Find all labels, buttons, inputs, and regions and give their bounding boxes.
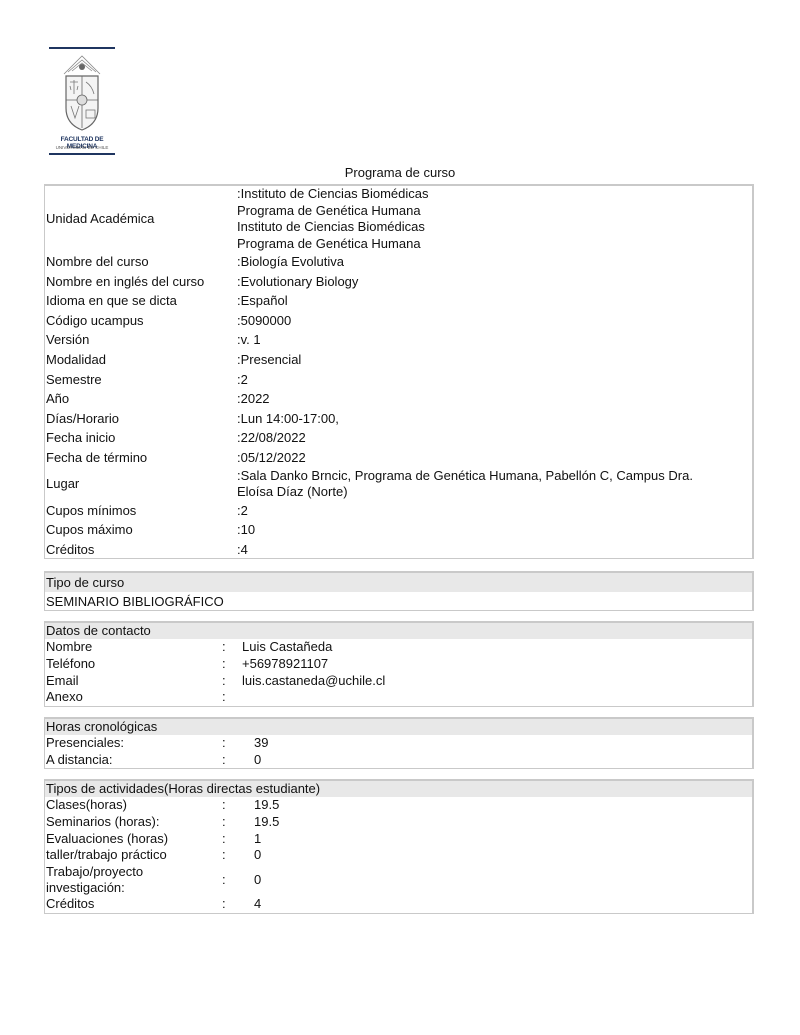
row-version: Versión:v. 1 [45,330,752,350]
field-label: Presenciales: [45,735,222,752]
field-value: 19.5 [254,797,752,814]
field-value: :Sala Danko Brncic, Programa de Genética… [237,468,752,501]
lugar-line: Eloísa Díaz (Norte) [237,484,752,501]
lugar-line: :Sala Danko Brncic, Programa de Genética… [237,468,752,485]
contact-row-nombre: Nombre:Luis Castañeda [45,639,752,656]
field-label: Nombre [45,639,222,656]
activity-row: Trabajo/proyecto investigación::0 [45,864,752,896]
row-semestre: Semestre:2 [45,370,752,390]
field-label: Modalidad [45,350,237,370]
field-value: Luis Castañeda [242,639,752,656]
email-value: luis.castaneda@uchile.cl [242,673,752,690]
field-label: Días/Horario [45,409,237,429]
logo-top-rule [49,47,115,49]
field-value: +56978921107 [242,656,752,673]
field-value: :Biología Evolutiva [237,252,752,272]
field-value: :10 [237,520,752,540]
row-unidad-academica: Unidad Académica :Instituto de Ciencias … [45,186,752,252]
separator: : [222,689,242,706]
field-label: Nombre en inglés del curso [45,272,237,292]
course-type-section: Tipo de curso SEMINARIO BIBLIOGRÁFICO [44,571,754,611]
separator: : [222,872,254,888]
field-label: Semestre [45,370,237,390]
field-value: 0 [254,847,752,864]
separator: : [222,831,254,848]
section-heading: Horas cronológicas [45,719,752,735]
field-value: :2 [237,370,752,390]
field-value: :5090000 [237,311,752,331]
separator: : [222,639,242,656]
row-anio: Año:2022 [45,389,752,409]
row-horario: Días/Horario:Lun 14:00-17:00, [45,409,752,429]
field-value: :Español [237,291,752,311]
row-modalidad: Modalidad:Presencial [45,350,752,370]
field-value: :v. 1 [237,330,752,350]
field-value [242,689,752,706]
row-lugar: Lugar :Sala Danko Brncic, Programa de Ge… [45,468,752,501]
section-heading: Tipos de actividades(Horas directas estu… [45,781,752,797]
row-nombre-curso: Nombre del curso:Biología Evolutiva [45,252,752,272]
field-label: Año [45,389,237,409]
field-label: Seminarios (horas): [45,814,222,831]
field-label: Cupos máximo [45,520,237,540]
page-title: Programa de curso [0,165,800,180]
field-label: Lugar [45,474,237,494]
row-fecha-inicio: Fecha inicio:22/08/2022 [45,428,752,448]
course-type-value: SEMINARIO BIBLIOGRÁFICO [45,592,752,611]
field-label: Email [45,673,222,690]
row-nombre-ingles: Nombre en inglés del curso:Evolutionary … [45,272,752,292]
field-label: Cupos mínimos [45,501,237,521]
activity-row: Evaluaciones (horas):1 [45,831,752,848]
field-label: Fecha de término [45,448,237,468]
field-label: Clases(horas) [45,797,222,814]
field-value: :Lun 14:00-17:00, [237,409,752,429]
field-value: 0 [254,872,752,888]
activity-row: Clases(horas):19.5 [45,797,752,814]
field-value: :2 [237,501,752,521]
unidad-line: Instituto de Ciencias Biomédicas [237,219,752,236]
field-value: :22/08/2022 [237,428,752,448]
field-label: Versión [45,330,237,350]
faculty-logo: FACULTAD DE MEDICINA UNIVERSIDAD DE CHIL… [46,46,118,156]
field-label: Fecha inicio [45,428,237,448]
separator: : [222,656,242,673]
contact-row-telefono: Teléfono:+56978921107 [45,656,752,673]
contact-section: Datos de contacto Nombre:Luis Castañeda … [44,621,754,707]
field-label: Idioma en que se dicta [45,291,237,311]
separator: : [222,847,254,864]
field-label: Créditos [45,540,237,560]
separator: : [222,735,254,752]
field-label: Código ucampus [45,311,237,331]
field-value: 1 [254,831,752,848]
logo-university-text: UNIVERSIDAD DE CHILE [46,145,118,150]
field-label: Evaluaciones (horas) [45,831,222,848]
hours-row-presenciales: Presenciales::39 [45,735,752,752]
contact-row-email: Email:luis.castaneda@uchile.cl [45,673,752,690]
hours-section: Horas cronológicas Presenciales::39 A di… [44,717,754,769]
unidad-line: :Instituto de Ciencias Biomédicas [237,186,752,203]
separator: : [222,797,254,814]
field-value: 4 [254,896,752,913]
field-label: Anexo [45,689,222,706]
row-creditos: Créditos:4 [45,540,752,560]
field-label: taller/trabajo práctico [45,847,222,864]
university-crest-icon [54,52,110,136]
logo-bottom-rule [49,153,115,155]
field-label: A distancia: [45,752,222,769]
unidad-line: Programa de Genética Humana [237,236,752,253]
field-value: :2022 [237,389,752,409]
separator: : [222,896,254,913]
row-fecha-termino: Fecha de término:05/12/2022 [45,448,752,468]
separator: : [222,673,242,690]
contact-row-anexo: Anexo: [45,689,752,706]
activity-row: Seminarios (horas)::19.5 [45,814,752,831]
field-label: Unidad Académica [45,209,237,229]
separator: : [222,752,254,769]
field-value: 19.5 [254,814,752,831]
activity-row: Créditos:4 [45,896,752,913]
separator: : [222,814,254,831]
field-value: :Presencial [237,350,752,370]
course-info-table: Unidad Académica :Instituto de Ciencias … [44,184,754,559]
hours-row-distancia: A distancia::0 [45,752,752,769]
field-value: :Evolutionary Biology [237,272,752,292]
field-value: :4 [237,540,752,560]
section-heading: Datos de contacto [45,623,752,639]
field-value: :05/12/2022 [237,448,752,468]
field-label: Nombre del curso [45,252,237,272]
field-label: Trabajo/proyecto investigación: [45,864,196,896]
field-value: 0 [254,752,752,769]
field-value: 39 [254,735,752,752]
field-label: Créditos [45,896,222,913]
unidad-line: Programa de Genética Humana [237,203,752,220]
activity-row: taller/trabajo práctico:0 [45,847,752,864]
activities-section: Tipos de actividades(Horas directas estu… [44,779,754,914]
row-idioma: Idioma en que se dicta:Español [45,291,752,311]
section-heading: Tipo de curso [45,573,752,592]
field-label: Teléfono [45,656,222,673]
row-cupos-minimos: Cupos mínimos:2 [45,501,752,521]
row-codigo: Código ucampus:5090000 [45,311,752,331]
row-cupos-maximo: Cupos máximo:10 [45,520,752,540]
field-value: :Instituto de Ciencias Biomédicas Progra… [237,186,752,252]
